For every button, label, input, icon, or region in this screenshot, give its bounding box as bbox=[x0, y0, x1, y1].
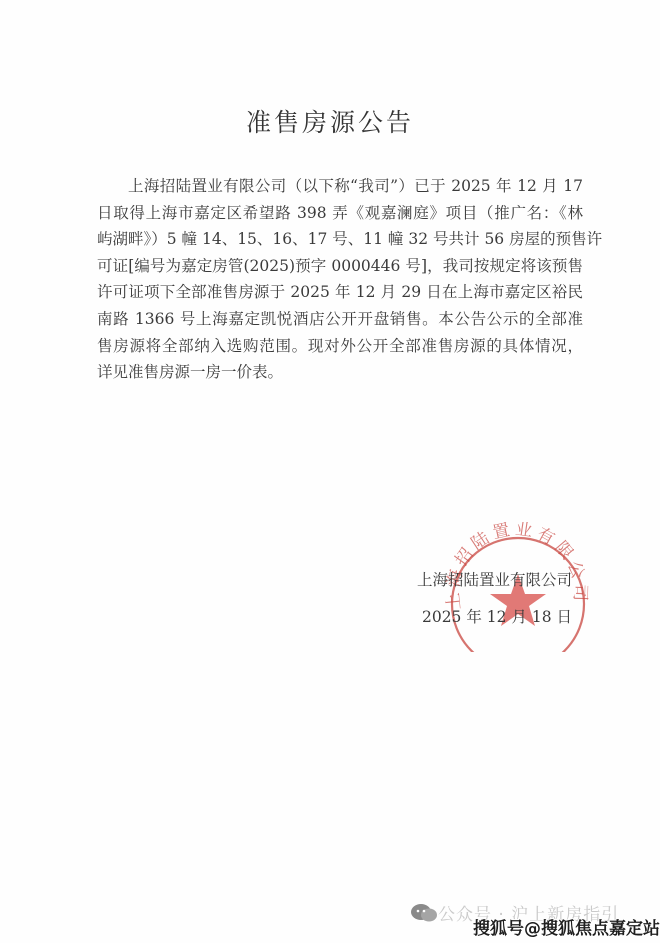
body-line: 可证[编号为嘉定房管(2025)预字 0000446 号]，我司按规定将该预售 bbox=[97, 253, 583, 280]
document-page: 准售房源公告 上海招陆置业有限公司（以下称“我司”）已于 2025 年 12 月… bbox=[0, 0, 660, 943]
signature-date: 2025 年 12 月 18 日 bbox=[400, 605, 572, 629]
body-line: 上海招陆置业有限公司（以下称“我司”）已于 2025 年 12 月 17 bbox=[97, 173, 583, 200]
signature-company: 上海招陆置业有限公司 bbox=[400, 568, 572, 592]
body-line: 日取得上海市嘉定区希望路 398 弄《观嘉澜庭》项目（推广名：《林 bbox=[97, 200, 583, 227]
body-line: 售房源将全部纳入选购范围。现对外公开全部准售房源的具体情况， bbox=[97, 333, 583, 360]
signature-block: 上海招陆置业有限公司 2025 年 12 月 18 日 bbox=[400, 568, 572, 629]
wechat-icon bbox=[410, 903, 438, 923]
body-line: 南路 1366 号上海嘉定凯悦酒店公开开盘销售。本公告公示的全部准 bbox=[97, 306, 583, 333]
body-line: 详见准售房源一房一价表。 bbox=[97, 359, 583, 386]
body-line: 许可证项下全部准售房源于 2025 年 12 月 29 日在上海市嘉定区裕民 bbox=[97, 279, 583, 306]
body-line: 屿湖畔》）5 幢 14、15、16、17 号、11 幢 32 号共计 56 房屋… bbox=[97, 226, 583, 253]
document-title: 准售房源公告 bbox=[0, 103, 660, 139]
announcement-body: 上海招陆置业有限公司（以下称“我司”）已于 2025 年 12 月 17 日取得… bbox=[97, 173, 583, 386]
watermark-source-text: 搜狐号@搜狐焦点嘉定站 bbox=[473, 914, 660, 939]
watermark: 公众号 · 沪上新房指引 搜狐号@搜狐焦点嘉定站 bbox=[400, 900, 660, 940]
